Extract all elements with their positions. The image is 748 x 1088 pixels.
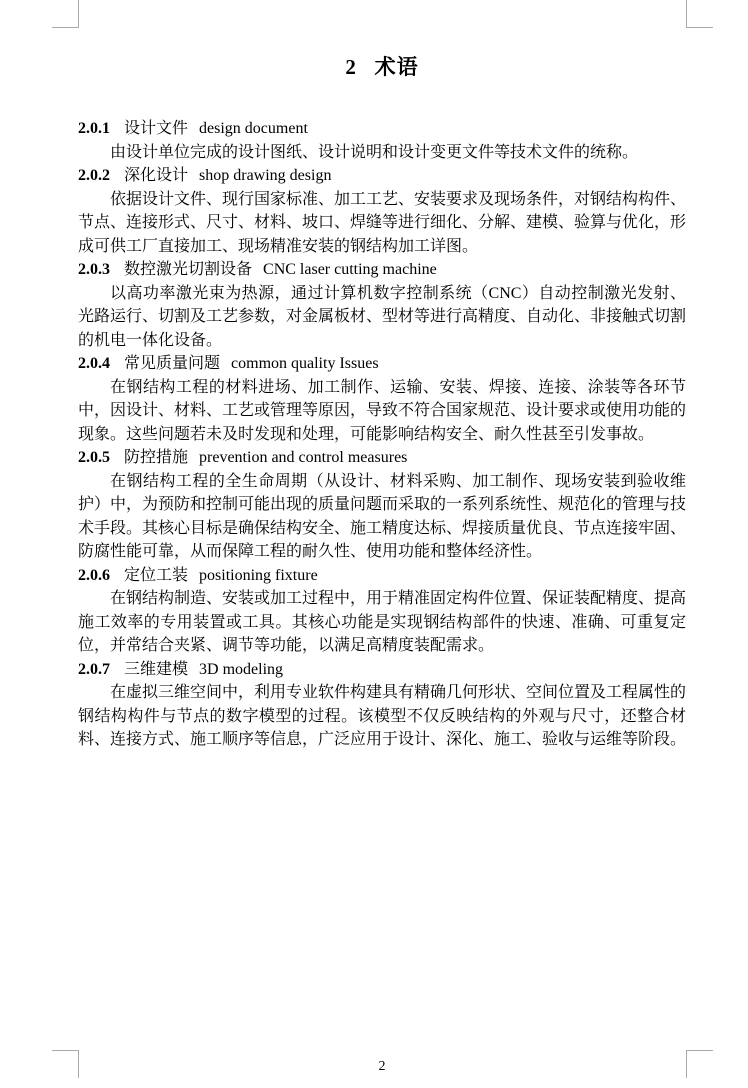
term-entry: 2.0.2深化设计shop drawing design 依据设计文件、现行国家… (78, 164, 686, 258)
term-heading: 2.0.5防控措施prevention and control measures (78, 446, 686, 470)
term-definition: 在钢结构工程的全生命周期（从设计、材料采购、加工制作、现场安装到验收维护）中，为… (78, 470, 686, 564)
term-heading: 2.0.6定位工装positioning fixture (78, 564, 686, 588)
term-entry: 2.0.4常见质量问题common quality Issues 在钢结构工程的… (78, 352, 686, 446)
term-heading: 2.0.3数控激光切割设备CNC laser cutting machine (78, 258, 686, 282)
term-definition: 在钢结构制造、安装或加工过程中，用于精准固定构件位置、保证装配精度、提高施工效率… (78, 587, 686, 658)
chapter-number: 2 (345, 54, 357, 81)
term-name-zh: 防控措施 (124, 446, 188, 470)
term-number: 2.0.7 (78, 658, 110, 682)
term-number: 2.0.1 (78, 117, 110, 141)
term-definition: 在钢结构工程的材料进场、加工制作、运输、安装、焊接、连接、涂装等各环节中，因设计… (78, 376, 686, 447)
term-name-en: CNC laser cutting machine (263, 261, 437, 278)
crop-mark-top-right (686, 0, 713, 28)
term-name-en: 3D modeling (199, 661, 283, 678)
term-name-en: shop drawing design (199, 167, 331, 184)
term-number: 2.0.4 (78, 352, 110, 376)
term-entry: 2.0.5防控措施prevention and control measures… (78, 446, 686, 564)
term-name-en: prevention and control measures (199, 449, 407, 466)
term-name-en: common quality Issues (231, 355, 379, 372)
term-number: 2.0.5 (78, 446, 110, 470)
term-definition: 由设计单位完成的设计图纸、设计说明和设计变更文件等技术文件的统称。 (78, 141, 686, 165)
document-page: 2术语 2.0.1设计文件design document 由设计单位完成的设计图… (0, 0, 748, 1088)
chapter-title: 术语 (375, 55, 419, 79)
term-heading: 2.0.7三维建模3D modeling (78, 658, 686, 682)
chapter-heading: 2术语 (78, 54, 686, 81)
term-name-zh: 定位工装 (124, 564, 188, 588)
term-entry: 2.0.7三维建模3D modeling 在虚拟三维空间中，利用专业软件构建具有… (78, 658, 686, 752)
term-name-zh: 三维建模 (124, 658, 188, 682)
term-entry: 2.0.3数控激光切割设备CNC laser cutting machine 以… (78, 258, 686, 352)
term-heading: 2.0.1设计文件design document (78, 117, 686, 141)
term-name-zh: 数控激光切割设备 (124, 258, 252, 282)
term-heading: 2.0.2深化设计shop drawing design (78, 164, 686, 188)
text-body: 2术语 2.0.1设计文件design document 由设计单位完成的设计图… (78, 27, 686, 752)
term-number: 2.0.6 (78, 564, 110, 588)
term-definition: 依据设计文件、现行国家标准、加工工艺、安装要求及现场条件，对钢结构构件、节点、连… (78, 188, 686, 259)
term-name-zh: 常见质量问题 (124, 352, 220, 376)
term-definition: 在虚拟三维空间中，利用专业软件构建具有精确几何形状、空间位置及工程属性的钢结构构… (78, 681, 686, 752)
term-name-zh: 深化设计 (124, 164, 188, 188)
term-heading: 2.0.4常见质量问题common quality Issues (78, 352, 686, 376)
term-name-en: design document (199, 120, 308, 137)
crop-mark-top-left (52, 0, 79, 28)
term-entry: 2.0.1设计文件design document 由设计单位完成的设计图纸、设计… (78, 117, 686, 164)
term-number: 2.0.3 (78, 258, 110, 282)
term-name-en: positioning fixture (199, 567, 318, 584)
term-entry: 2.0.6定位工装positioning fixture 在钢结构制造、安装或加… (78, 564, 686, 658)
term-definition: 以高功率激光束为热源，通过计算机数字控制系统（CNC）自动控制激光发射、光路运行… (78, 282, 686, 353)
crop-mark-bottom-left (52, 1050, 79, 1078)
crop-mark-bottom-right (686, 1050, 713, 1078)
page-number: 2 (78, 1058, 686, 1076)
term-number: 2.0.2 (78, 164, 110, 188)
term-name-zh: 设计文件 (124, 117, 188, 141)
